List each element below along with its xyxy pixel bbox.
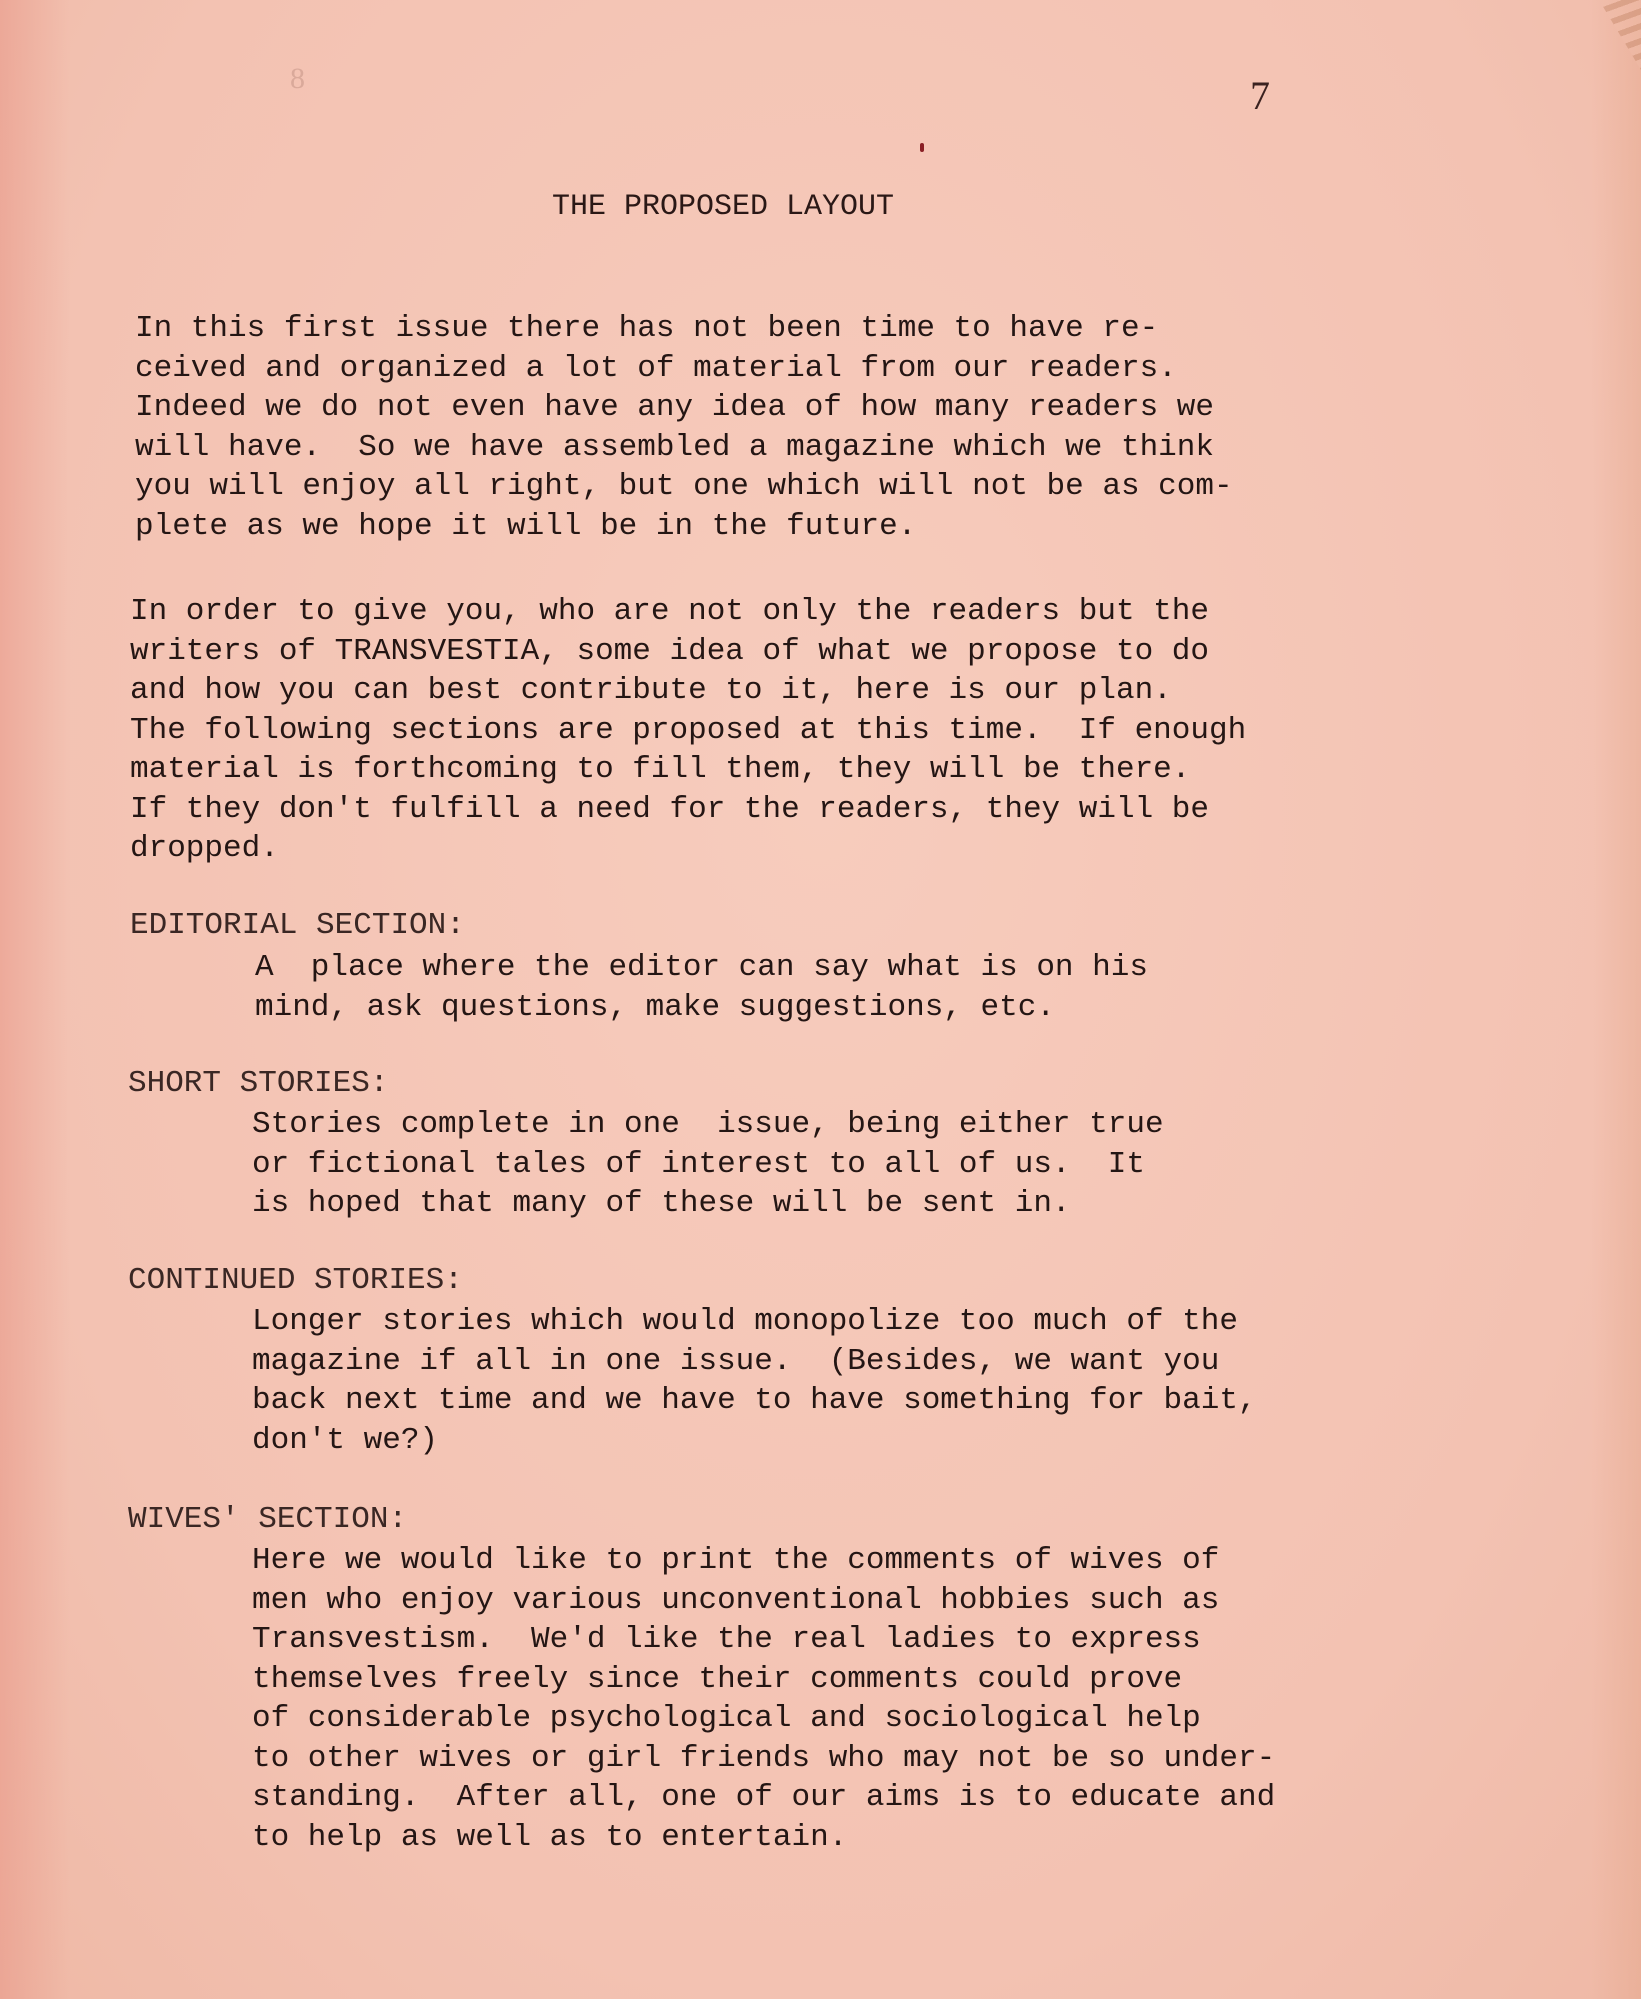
section-heading-editorial: EDITORIAL SECTION:	[130, 908, 465, 943]
page-title: THE PROPOSED LAYOUT	[552, 190, 894, 224]
section-heading-wives: WIVES' SECTION:	[128, 1502, 407, 1537]
bleed-through-page-number: 8	[290, 62, 305, 96]
section-body-editorial: A place where the editor can say what is…	[255, 948, 1148, 1027]
ink-mark	[920, 143, 924, 152]
intro-paragraph-1: In this first issue there has not been t…	[135, 309, 1233, 546]
section-heading-short-stories: SHORT STORIES:	[128, 1066, 388, 1101]
typewritten-page: 8 7 THE PROPOSED LAYOUT In this first is…	[0, 0, 1641, 1999]
section-body-continued-stories: Longer stories which would monopolize to…	[252, 1302, 1257, 1460]
section-body-wives: Here we would like to print the comments…	[252, 1541, 1275, 1857]
section-body-short-stories: Stories complete in one issue, being eit…	[252, 1105, 1164, 1224]
page-corner-fold	[1581, 0, 1641, 70]
intro-paragraph-2: In order to give you, who are not only t…	[130, 592, 1246, 869]
section-heading-continued-stories: CONTINUED STORIES:	[128, 1263, 463, 1298]
page-number: 7	[1250, 72, 1270, 119]
